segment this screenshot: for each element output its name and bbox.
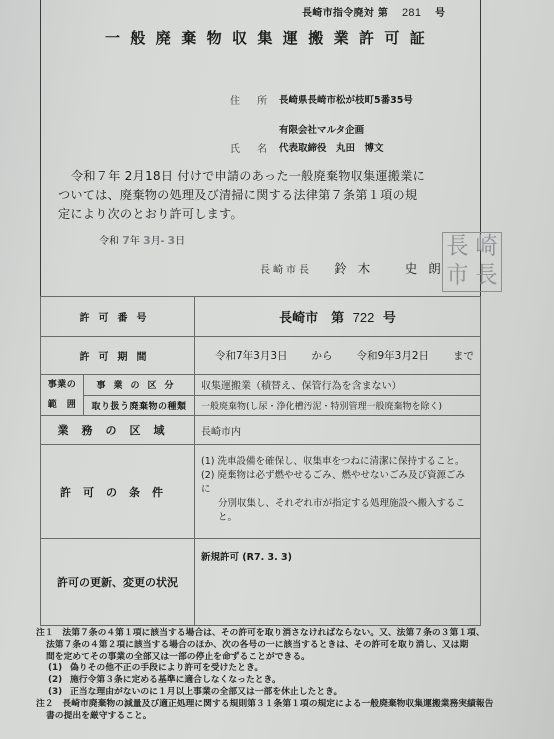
seal-char: 市 [443, 261, 472, 291]
waste-type-value: 一般廃棄物(し尿・浄化槽汚泥・特別管理一般廃棄物を除く) [195, 395, 481, 416]
representative-name: 代表取締役 丸田 博文 [279, 140, 384, 154]
item-number: (2) [48, 675, 70, 687]
permit-number-value: 722 [353, 310, 375, 325]
period-to-word: まで [453, 348, 474, 363]
issue-era: 令和 [99, 236, 119, 247]
conditions-label: 許可の条件 [41, 445, 195, 539]
note-1-item: (1)偽りその他不正の手段により許可を受けたとき。 [36, 663, 516, 675]
issue-year: 7 [122, 234, 130, 247]
permit-number-prefix: 長崎市 第 [279, 311, 344, 326]
table-row: 事業の 範 囲 事業の区分 収集運搬業（積替え、保管行為を含まない） [41, 375, 481, 396]
year-unit: 年 [130, 236, 140, 247]
note-1-line-2: 法第７条の４第２項に該当する場合のほか、次の各号の一に該当するときは、その許可を… [36, 640, 516, 652]
note-2-line-2: 書の提出を厳守すること。 [36, 711, 516, 723]
statement-line-1: 令和７年 2月18日 付けで申請のあった一般廃棄物収集運搬業に [58, 167, 478, 186]
ref-suffix: 号 [435, 4, 445, 19]
condition-item: (1) 洗車設備を確保し、収集車をつねに清潔に保持すること。 [201, 455, 474, 469]
issuer-ref-label: 長崎市指令廃対 第 [302, 4, 388, 19]
seal-char: 長 [472, 261, 501, 291]
table-row: 許可の更新、変更の状況 新規許可 (R7. 3. 3) [41, 539, 481, 626]
item-text: 偽りその他不正の手段により許可を受けたとき。 [70, 663, 263, 673]
mayor-signature: 長崎市長 鈴木 史朗 [260, 259, 452, 277]
item-number: (1) [48, 663, 70, 675]
period-from: 令和7年3月3日 [215, 348, 288, 363]
note-2: 注２ 長崎市廃棄物の減量及び適正処理に関する規則第３１条第１項の規定による一般廃… [36, 699, 516, 711]
mayor-title: 長崎市長 [260, 265, 312, 276]
document-reference-number: 長崎市指令廃対 第 281 号 [302, 4, 445, 19]
address-label: 住 所 [230, 92, 274, 107]
permit-details-table: 許可番号 長崎市 第 722 号 許可期間 令和7年3月3日 から 令和9年3月… [40, 296, 481, 626]
note-1-item: (2)施行令第３条に定める基準に適合しなくなったとき。 [36, 675, 516, 687]
business-category-value: 収集運搬業（積替え、保管行為を含まない） [195, 375, 481, 396]
issue-day: 3 [167, 234, 175, 247]
document-title: 一般廃棄物収集運搬業許可証 [105, 27, 435, 48]
item-text: 施行令第３条に定める基準に適合しなくなったとき。 [70, 675, 281, 685]
note-1-line-3: 間を定めてその事業の全部又は一部の停止を命ずることができる。 [36, 652, 516, 664]
seal-char: 長 [443, 232, 472, 262]
issue-date: 令和 7年 3月- 3日 [99, 232, 185, 247]
scope-group-label: 事業の 範 囲 [41, 375, 84, 416]
item-text: 正当な理由がないのに１月以上事業の全部又は一部を休止したとき。 [70, 687, 342, 697]
renewal-history-value: 新規許可 (R7. 3. 3) [195, 539, 481, 626]
note-1-item: (3)正当な理由がないのに１月以上事業の全部又は一部を休止したとき。 [36, 687, 516, 699]
table-row: 許可の条件 (1) 洗車設備を確保し、収集車をつねに清潔に保持すること。 (2)… [41, 445, 481, 539]
scope-label-line-2: 範 囲 [43, 395, 81, 415]
month-unit: 月 [151, 236, 161, 247]
ref-number: 281 [402, 7, 421, 19]
service-area-value: 長崎市内 [195, 416, 481, 445]
company-name: 有限会社マルタ企画 [279, 122, 364, 136]
permit-period-cell: 令和7年3月3日 から 令和9年3月2日 まで [195, 337, 481, 375]
permit-number-cell: 長崎市 第 722 号 [195, 297, 481, 337]
renewal-history-label: 許可の更新、変更の状況 [41, 539, 195, 626]
table-row: 取り扱う廃棄物の種類 一般廃棄物(し尿・浄化槽汚泥・特別管理一般廃棄物を除く) [41, 395, 481, 416]
address-value: 長崎県長崎市松が枝町5番35号 [279, 92, 413, 106]
table-row: 許可期間 令和7年3月3日 から 令和9年3月2日 まで [41, 337, 481, 375]
permit-number-suffix: 号 [383, 311, 396, 326]
official-seal-icon: 長 崎 市 長 [442, 232, 502, 292]
permit-statement: 令和７年 2月18日 付けで申請のあった一般廃棄物収集運搬業に ついては、廃棄物… [58, 167, 478, 224]
notes-section: 注１ 法第７条の４第１項に該当する場合は、その許可を取り消さなければならない。又… [36, 628, 516, 722]
note-1: 注１ 法第７条の４第１項に該当する場合は、その許可を取り消さなければならない。又… [36, 628, 516, 640]
table-row: 業務の区域 長崎市内 [41, 416, 481, 445]
business-category-label: 事業の区分 [84, 375, 195, 396]
condition-item: 分別収集し、それぞれ市が指定する処理施設へ搬入すること。 [201, 497, 474, 525]
statement-line-2: ついては、廃棄物の処理及び清掃に関する法律第７条第１項の規 [58, 186, 478, 205]
seal-char: 崎 [472, 232, 501, 262]
day-unit: 日 [175, 236, 185, 247]
waste-type-label: 取り扱う廃棄物の種類 [84, 395, 195, 416]
table-row: 許可番号 長崎市 第 722 号 [41, 297, 481, 337]
issue-month: 3 [143, 234, 151, 247]
item-number: (3) [48, 687, 70, 699]
period-from-word: から [312, 348, 333, 363]
statement-line-3: 定により次のとおり許可します。 [58, 205, 478, 224]
service-area-label: 業務の区域 [41, 416, 195, 445]
scope-label-line-1: 事業の [43, 375, 81, 395]
name-label: 氏 名 [230, 140, 274, 155]
conditions-cell: (1) 洗車設備を確保し、収集車をつねに清潔に保持すること。 (2) 廃棄物は必… [195, 445, 481, 539]
mayor-name: 鈴木 史朗 [334, 261, 452, 276]
condition-item: (2) 廃棄物は必ず燃やせるごみ、燃やせないごみ及び資源ごみに [201, 469, 474, 497]
permit-period-label: 許可期間 [41, 337, 195, 375]
period-to: 令和9年3月2日 [356, 348, 429, 363]
permit-number-label: 許可番号 [41, 297, 195, 337]
